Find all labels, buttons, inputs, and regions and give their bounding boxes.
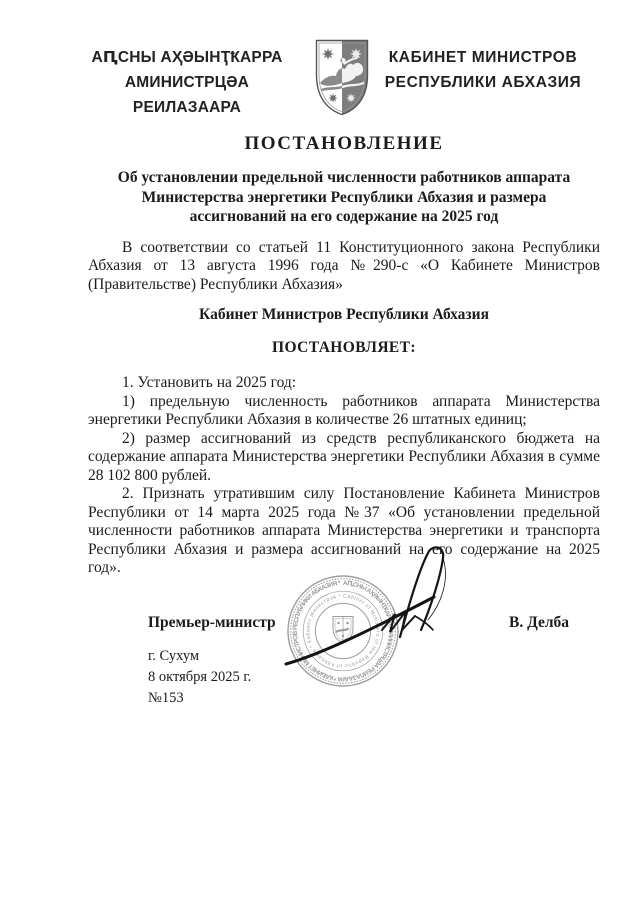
document-body: ПОСТАНОВЛЕНИЕ Об установлении предельной… bbox=[88, 133, 600, 578]
signature-city: г. Сухум bbox=[148, 648, 199, 665]
subject-line: ассигнований на его содержание на 2025 г… bbox=[88, 207, 600, 227]
org-russian-line1: КАБИНЕТ МИНИСТРОВ bbox=[376, 45, 590, 70]
resolution-item: 1) предельную численность работников апп… bbox=[88, 393, 600, 430]
document-type-title: ПОСТАНОВЛЕНИЕ bbox=[88, 133, 600, 155]
preamble-paragraph: В соответствии со статьей 11 Конституцио… bbox=[88, 239, 600, 295]
org-name-abkhaz: АԤСНЫ АҲӘЫНҬҞАРРА АМИНИСТРЦӘА РЕИЛАЗААРА bbox=[72, 45, 302, 120]
signature-date: 8 октября 2025 г. bbox=[148, 669, 251, 686]
handwritten-signature bbox=[278, 538, 478, 678]
resolution-item: 2) размер ассигнований из средств респуб… bbox=[88, 430, 600, 486]
org-name-russian: КАБИНЕТ МИНИСТРОВ РЕСПУБЛИКИ АБХАЗИЯ bbox=[376, 45, 590, 95]
subject-line: Министерства энергетики Республики Абхаз… bbox=[88, 188, 600, 208]
document-number: №153 bbox=[148, 690, 184, 707]
signatory-name: В. Делба bbox=[509, 614, 569, 632]
resolution-item: 1. Установить на 2025 год: bbox=[88, 374, 600, 393]
signatory-post: Премьер-министр bbox=[148, 614, 276, 632]
org-abkhaz-line1: АԤСНЫ АҲӘЫНҬҞАРРА bbox=[72, 45, 302, 70]
document-subject: Об установлении предельной численности р… bbox=[88, 168, 600, 227]
org-abkhaz-line2: АМИНИСТРЦӘА РЕИЛАЗААРА bbox=[72, 70, 302, 120]
subject-line: Об установлении предельной численности р… bbox=[88, 168, 600, 188]
org-russian-line2: РЕСПУБЛИКИ АБХАЗИЯ bbox=[376, 70, 590, 95]
resolution-word: ПОСТАНОВЛЯЕТ: bbox=[88, 338, 600, 357]
issuing-body-line: Кабинет Министров Республики Абхазия bbox=[88, 305, 600, 324]
decree-page: АԤСНЫ АҲӘЫНҬҞАРРА АМИНИСТРЦӘА РЕИЛАЗААРА bbox=[0, 0, 640, 905]
coat-of-arms-icon bbox=[312, 37, 372, 118]
